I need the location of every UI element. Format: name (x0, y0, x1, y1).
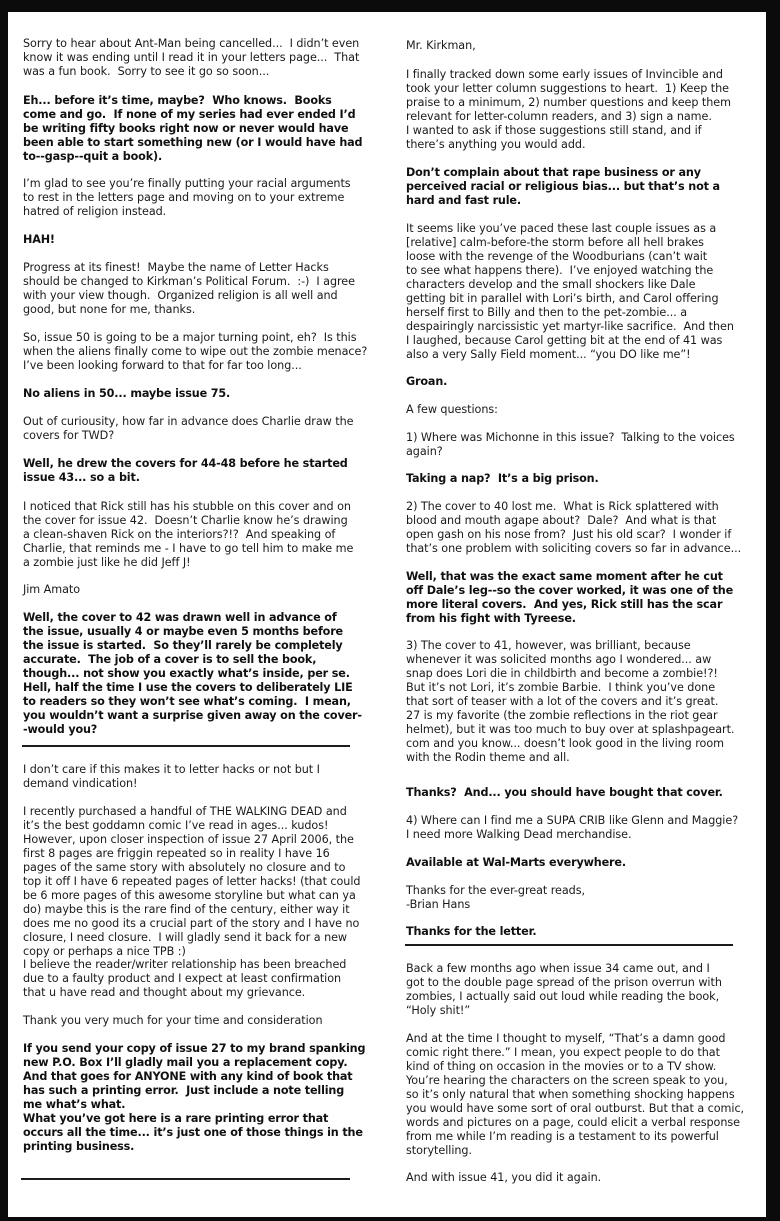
letter-paragraph: It seems like you’ve paced these last co… (406, 222, 734, 362)
letter-paragraph: A few questions: (406, 403, 498, 417)
letter-paragraph: I believe the reader/writer relationship… (23, 958, 346, 1000)
letter-paragraph: So, issue 50 is going to be a major turn… (23, 331, 367, 373)
reply-paragraph: Well, he drew the covers for 44-48 befor… (23, 457, 348, 485)
letter-signature: Thanks for the ever-great reads, -Brian … (406, 884, 585, 912)
letter-paragraph: I finally tracked down some early issues… (406, 68, 731, 152)
letter-paragraph: Progress at its finest! Maybe the name o… (23, 261, 355, 317)
letter-paragraph: Thank you very much for your time and co… (23, 1014, 323, 1028)
letter-paragraph: 1) Where was Michonne in this issue? Tal… (406, 431, 735, 459)
letter-paragraph: I don’t care if this makes it to letter … (23, 763, 320, 791)
reply-paragraph: Thanks? And... you should have bought th… (406, 786, 723, 800)
reply-paragraph: No aliens in 50... maybe issue 75. (23, 387, 230, 401)
reply-paragraph: HAH! (23, 233, 55, 247)
letter-paragraph: I’m glad to see you’re finally putting y… (23, 177, 351, 219)
letter-salutation: Mr. Kirkman, (406, 39, 476, 53)
letter-paragraph: Out of curiousity, how far in advance do… (23, 415, 353, 443)
letters-page: Sorry to hear about Ant-Man being cancel… (8, 12, 766, 1217)
letter-paragraph: And with issue 41, you did it again. (406, 1171, 601, 1185)
reply-paragraph: Well, the cover to 42 was drawn well in … (23, 611, 362, 737)
section-divider (21, 1178, 350, 1180)
letter-paragraph: Back a few months ago when issue 34 came… (406, 962, 722, 1018)
letter-signature: Jim Amato (23, 583, 80, 597)
reply-paragraph: If you send your copy of issue 27 to my … (23, 1042, 365, 1154)
section-divider (405, 944, 733, 946)
section-divider (22, 745, 350, 747)
reply-paragraph: Don’t complain about that rape business … (406, 166, 720, 208)
letter-paragraph: Sorry to hear about Ant-Man being cancel… (23, 37, 359, 79)
letter-paragraph: 2) The cover to 40 lost me. What is Rick… (406, 500, 741, 556)
reply-paragraph: Eh... before it’s time, maybe? Who knows… (23, 94, 362, 164)
letter-paragraph: I noticed that Rick still has his stubbl… (23, 500, 353, 570)
reply-paragraph: Thanks for the letter. (406, 925, 536, 939)
letter-paragraph: 3) The cover to 41, however, was brillia… (406, 639, 734, 765)
reply-paragraph: Groan. (406, 375, 447, 389)
letter-paragraph: And at the time I thought to myself, “Th… (406, 1032, 744, 1158)
letter-paragraph: 4) Where can I find me a SUPA CRIB like … (406, 814, 738, 842)
letter-paragraph: I recently purchased a handful of THE WA… (23, 805, 360, 960)
reply-paragraph: Well, that was the exact same moment aft… (406, 570, 733, 626)
reply-paragraph: Available at Wal-Marts everywhere. (406, 856, 626, 870)
reply-paragraph: Taking a nap? It’s a big prison. (406, 472, 599, 486)
